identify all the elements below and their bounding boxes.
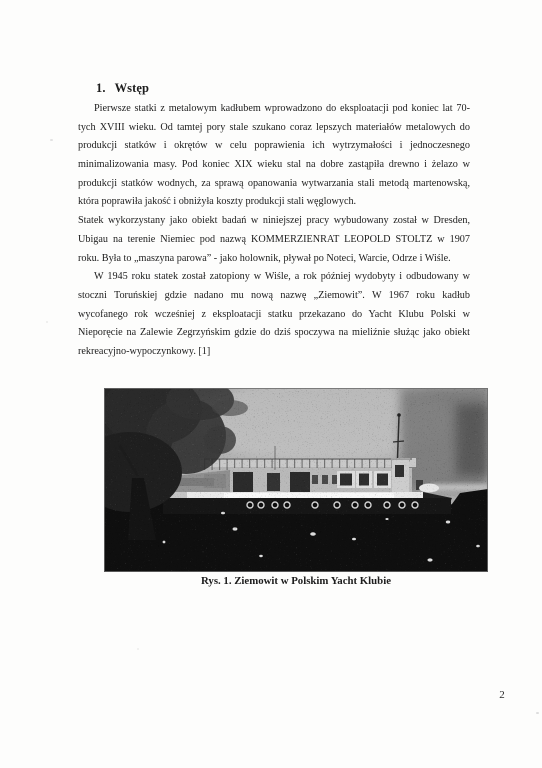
text-line: rekreacyjno-wypoczynkowy. [1] [78,343,470,362]
text-line: Pierwsze statki z metalowym kadłubem wpr… [78,100,470,119]
text-line: stoczni Toruńskiej gdzie nadano mu nową … [78,287,470,306]
paragraph-1: Pierwsze statki z metalowym kadłubem wpr… [78,100,470,212]
paragraph-2: Statek wykorzystany jako obiekt badań w … [78,212,470,268]
text-line: minimalizowania masy. Pod koniec XIX wie… [78,156,470,175]
text-line: Statek wykorzystany jako obiekt badań w … [78,212,470,231]
text-line: roku. Była to „maszyna parowa” - jako ho… [78,250,470,269]
section-title: Wstęp [115,81,150,95]
text-line: produkcji statków wodnych, za sprawą opa… [78,175,470,194]
section-heading: 1.Wstęp [78,81,470,95]
scan-speck [536,712,539,714]
body-text: Pierwsze statki z metalowym kadłubem wpr… [78,100,470,362]
text-line: tych XVIII wieku. Od tamtej pory stale s… [78,119,470,138]
text-line: wycofanego rok wcześniej z eksploatacji … [78,306,470,325]
text-line: Ubigau na terenie Niemiec pod nazwą KOMM… [78,231,470,250]
text-line: która poprawiła jakość i obniżyła koszty… [78,193,470,212]
text-line: W 1945 roku statek został zatopiony w Wi… [78,268,470,287]
ship-photo [104,388,488,572]
scan-speck [50,139,53,141]
page-number: 2 [494,689,510,701]
section-number: 1. [96,81,106,95]
scan-speck [137,648,139,650]
paragraph-3: W 1945 roku statek został zatopiony w Wi… [78,268,470,361]
scan-speck [46,321,48,323]
scanned-document-page: 1.Wstęp Pierwsze statki z metalowym kadł… [0,0,542,768]
text-line: Nieporęcie na Zalewie Zegrzyńskim gdzie … [78,324,470,343]
figure-1 [104,388,488,572]
text-line: produkcji statków i okrętów w celu popra… [78,137,470,156]
figure-caption: Rys. 1. Ziemowit w Polskim Yacht Klubie [104,575,488,587]
